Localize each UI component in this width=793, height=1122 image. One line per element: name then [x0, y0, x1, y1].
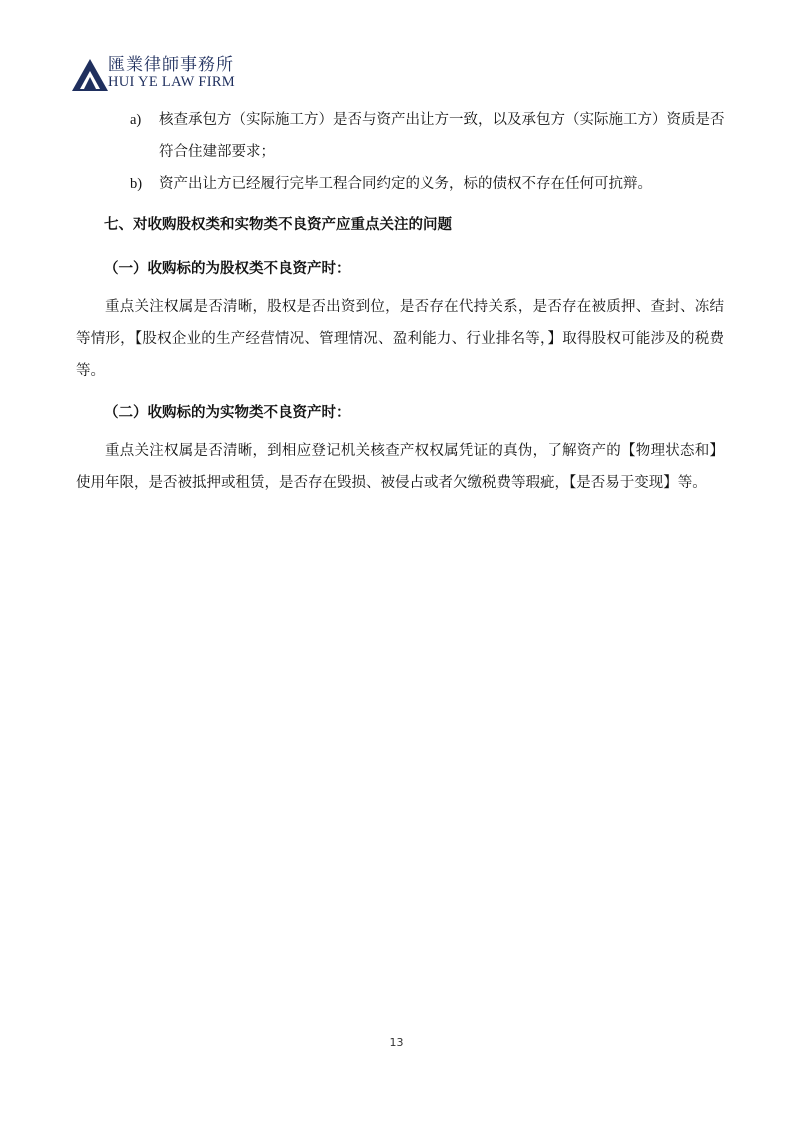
firm-name-english: HUI YE LAW FIRM	[108, 74, 235, 90]
list-item-a: a) 核查承包方（实际施工方）是否与资产出让方一致，以及承包方（实际施工方）资质…	[130, 104, 730, 168]
triangle-logo-icon	[72, 59, 108, 91]
section-heading: 七、对收购股权类和实物类不良资产应重点关注的问题	[104, 209, 452, 241]
list-item-label: a)	[130, 104, 141, 136]
list-item-text: 资产出让方已经履行完毕工程合同约定的义务，标的债权不存在任何可抗辩。	[159, 168, 730, 200]
firm-logo: 匯業律師事務所 HUI YE LAW FIRM	[72, 56, 262, 92]
list-item-label: b)	[130, 168, 142, 200]
subsection-heading-equity: （一）收购标的为股权类不良资产时：	[104, 253, 351, 285]
paragraph-equity: 重点关注权属是否清晰，股权是否出资到位，是否存在代持关系，是否存在被质押、查封、…	[76, 291, 724, 387]
list-item-text: 核查承包方（实际施工方）是否与资产出让方一致，以及承包方（实际施工方）资质是否符…	[159, 104, 730, 168]
list-item-b: b) 资产出让方已经履行完毕工程合同约定的义务，标的债权不存在任何可抗辩。	[130, 168, 730, 200]
firm-name-chinese: 匯業律師事務所	[108, 56, 234, 74]
page-number: 13	[0, 1036, 793, 1049]
subsection-heading-physical: （二）收购标的为实物类不良资产时：	[104, 397, 351, 429]
paragraph-physical: 重点关注权属是否清晰，到相应登记机关核查产权权属凭证的真伪，了解资产的【物理状态…	[76, 435, 724, 499]
